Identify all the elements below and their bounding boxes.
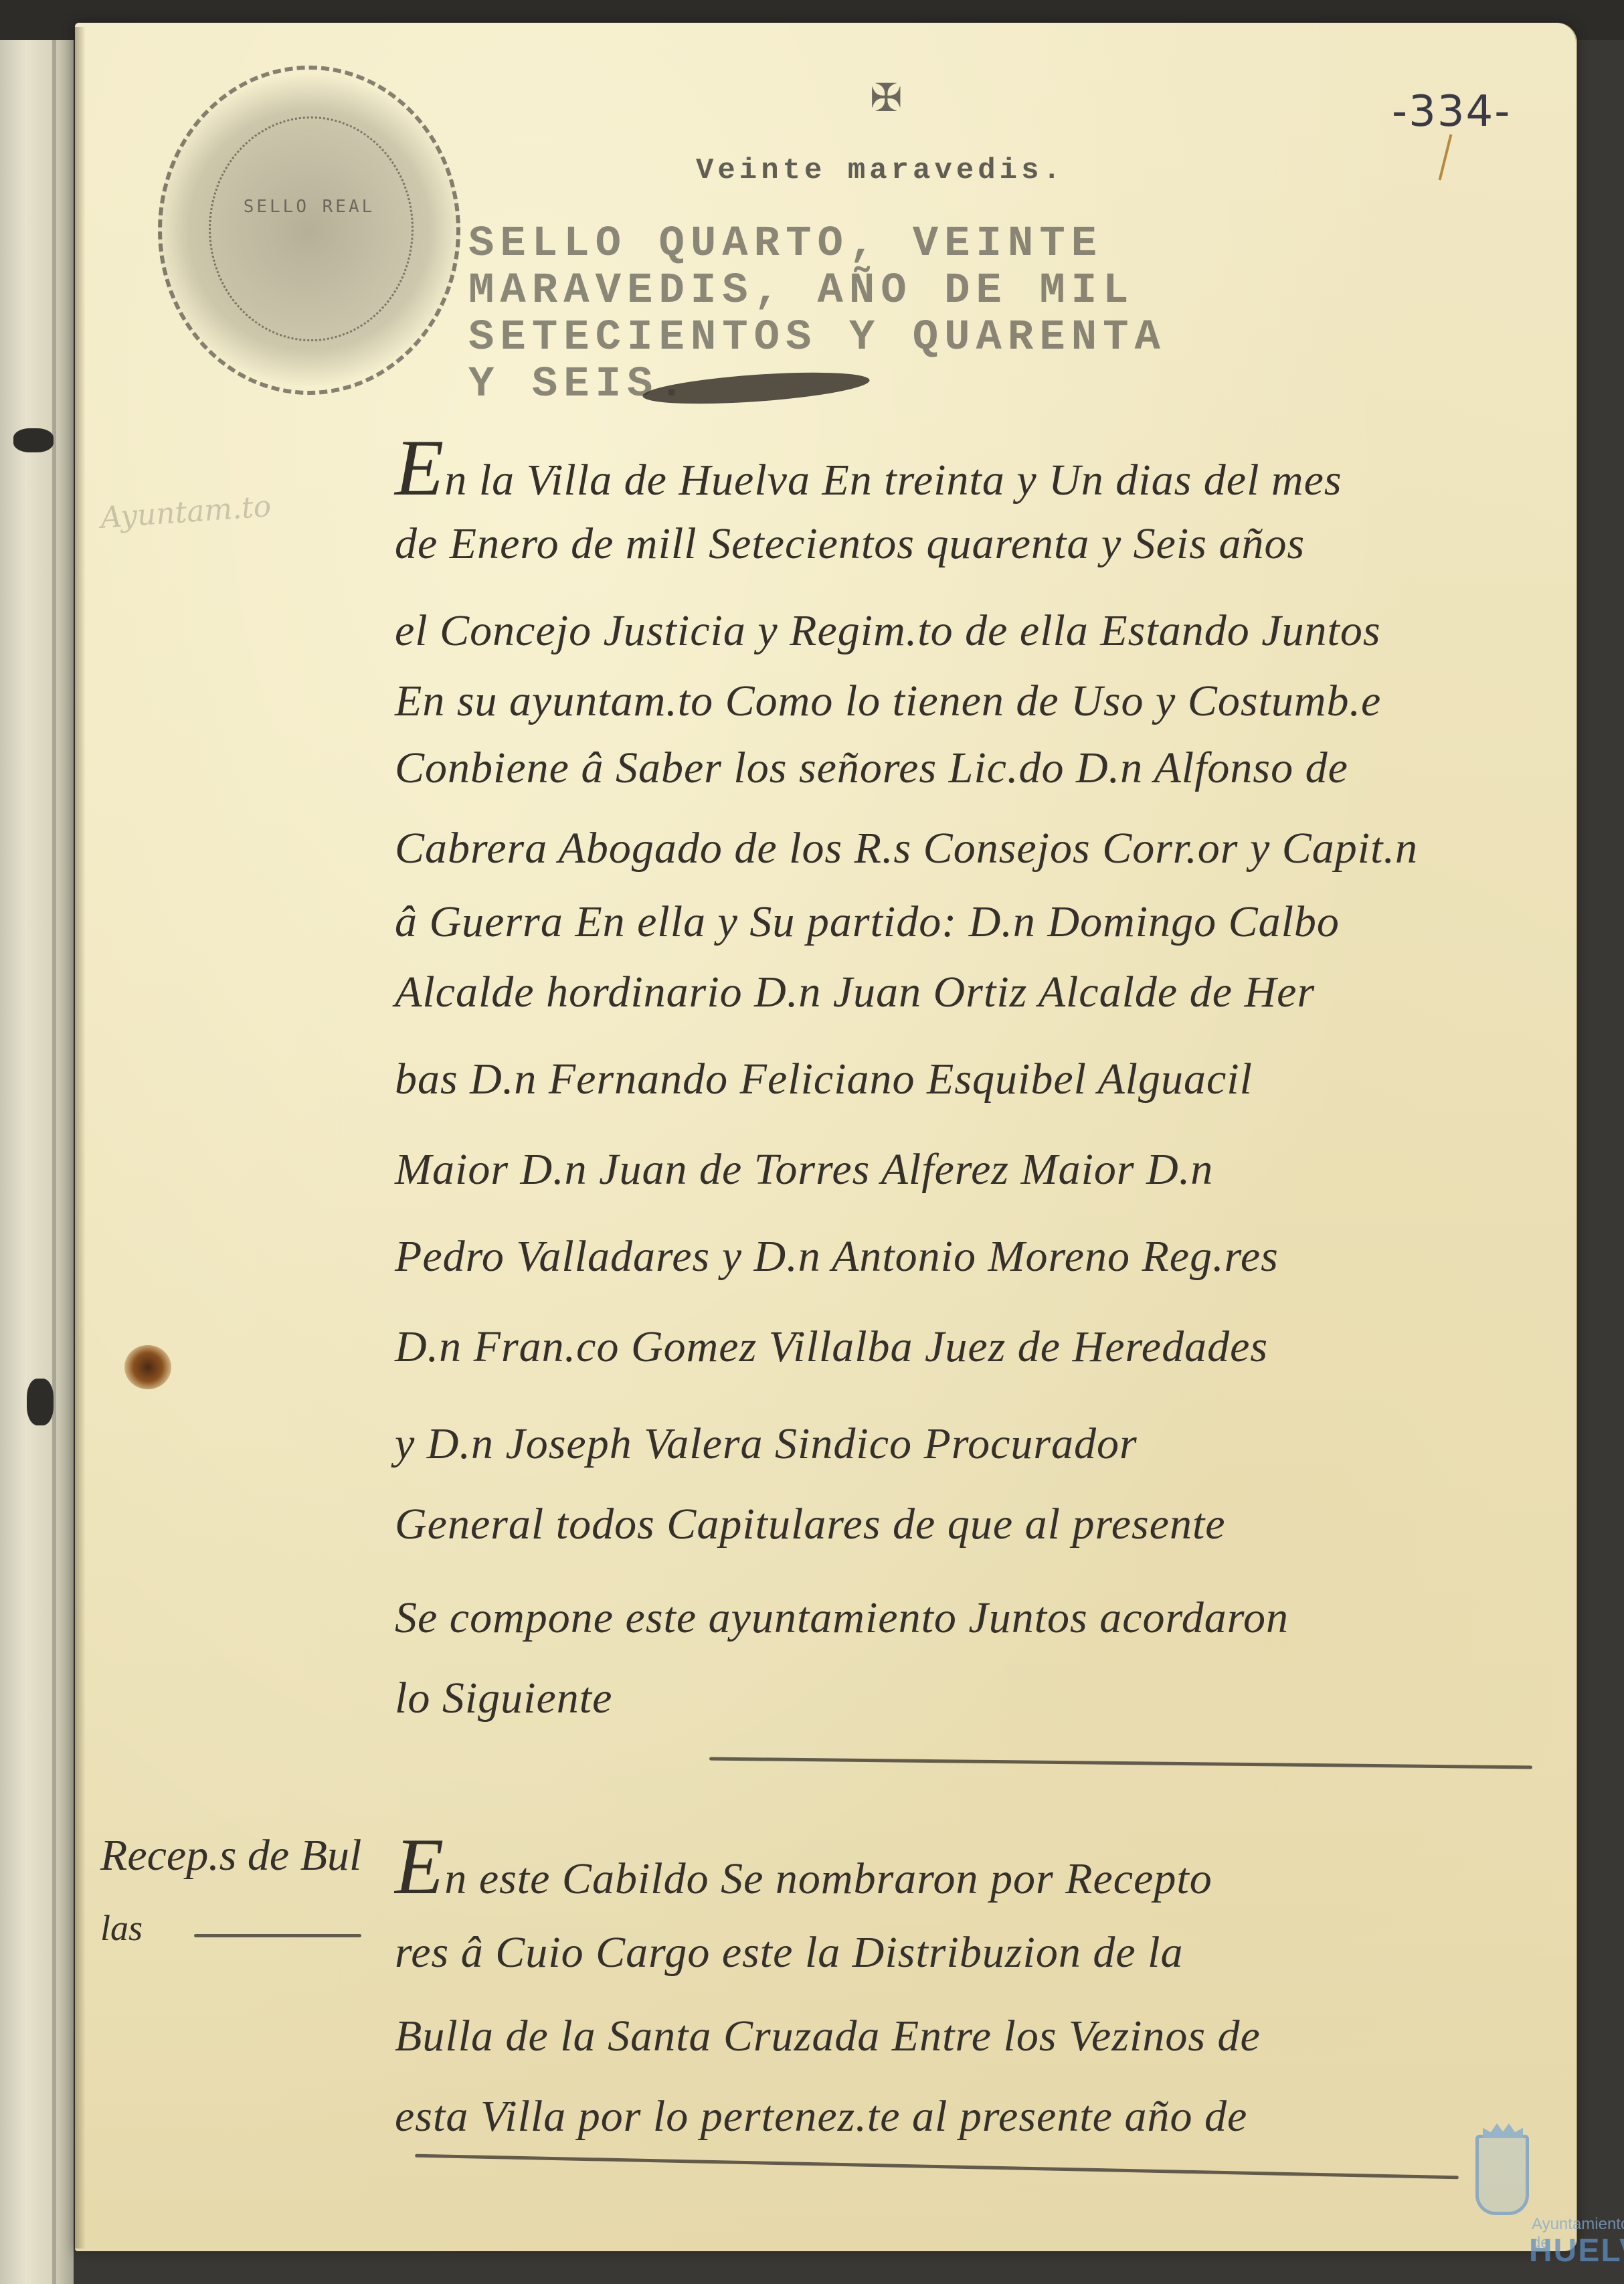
text-line: res â Cuio Cargo este la Distribuzion de… — [395, 1927, 1532, 1978]
text-line: de Enero de mill Setecientos quarenta y … — [395, 519, 1532, 569]
folio-number: -334- — [1392, 87, 1511, 137]
margin-heading: Recep.s de Bul — [100, 1830, 361, 1881]
page-edge-shadow — [75, 27, 86, 2249]
paper-tear — [27, 1379, 54, 1425]
seal-inner-ring — [209, 116, 414, 341]
text-line: D.n Fran.co Gomez Villalba Juez de Hered… — [395, 1322, 1532, 1373]
text-line: Maior D.n Juan de Torres Alferez Maior D… — [395, 1144, 1532, 1195]
stamp-line: Y SEIS. — [468, 361, 1338, 408]
text-line: y D.n Joseph Valera Sindico Procurador — [395, 1419, 1532, 1470]
text-line: lo Siguiente — [395, 1673, 1532, 1724]
text-line: General todos Capitulares de que al pres… — [395, 1499, 1532, 1550]
stamp-line: SELLO QUARTO, VEINTE — [468, 221, 1338, 268]
text-line: â Guerra En ella y Su partido: D.n Domin… — [395, 897, 1532, 948]
royal-seal-stamp: SELLO REAL — [158, 66, 460, 395]
stamp-line: SETECIENTOS Y QUARENTA — [468, 315, 1338, 361]
ink-stain — [124, 1345, 171, 1389]
text-line: Cabrera Abogado de los R.s Consejos Corr… — [395, 823, 1532, 874]
text-line: Se compone este ayuntamiento Juntos acor… — [395, 1593, 1532, 1644]
stamp-value-line: Veinte maravedis. — [696, 154, 1065, 187]
text-line: esta Villa por lo pertenez.te al present… — [395, 2091, 1532, 2142]
city-crest-icon — [1475, 2135, 1529, 2215]
stamp-line: MARAVEDIS, AÑO DE MIL — [468, 268, 1338, 315]
stamped-paper-header: SELLO QUARTO, VEINTE MARAVEDIS, AÑO DE M… — [468, 221, 1338, 408]
margin-underline — [194, 1934, 361, 1937]
text-line: Bulla de la Santa Cruzada Entre los Vezi… — [395, 2011, 1532, 2062]
text-line: Conbiene â Saber los señores Lic.do D.n … — [395, 743, 1532, 794]
archive-watermark: Ayuntamiento de HUELVA — [1475, 2135, 1623, 2269]
text-line: En este Cabildo Se nombraron por Recepto — [395, 1820, 1532, 1913]
text-line: Alcalde hordinario D.n Juan Ortiz Alcald… — [395, 967, 1532, 1018]
margin-heading: las — [100, 1907, 143, 1949]
seal-label: SELLO REAL — [162, 197, 456, 217]
text-line: En la Villa de Huelva En treinta y Un di… — [395, 422, 1532, 514]
binding-crease — [52, 40, 56, 2284]
paper-tear — [13, 428, 54, 452]
watermark-line2: HUELVA — [1529, 2232, 1624, 2269]
previous-leaf-edge — [0, 40, 74, 2284]
text-line: Pedro Valladares y D.n Antonio Moreno Re… — [395, 1231, 1532, 1282]
cross-icon: ✠ — [870, 75, 903, 120]
text-line: el Concejo Justicia y Regim.to de ella E… — [395, 606, 1532, 656]
text-line: bas D.n Fernando Feliciano Esquibel Algu… — [395, 1054, 1532, 1105]
text-line: En su ayuntam.to Como lo tienen de Uso y… — [395, 676, 1532, 727]
